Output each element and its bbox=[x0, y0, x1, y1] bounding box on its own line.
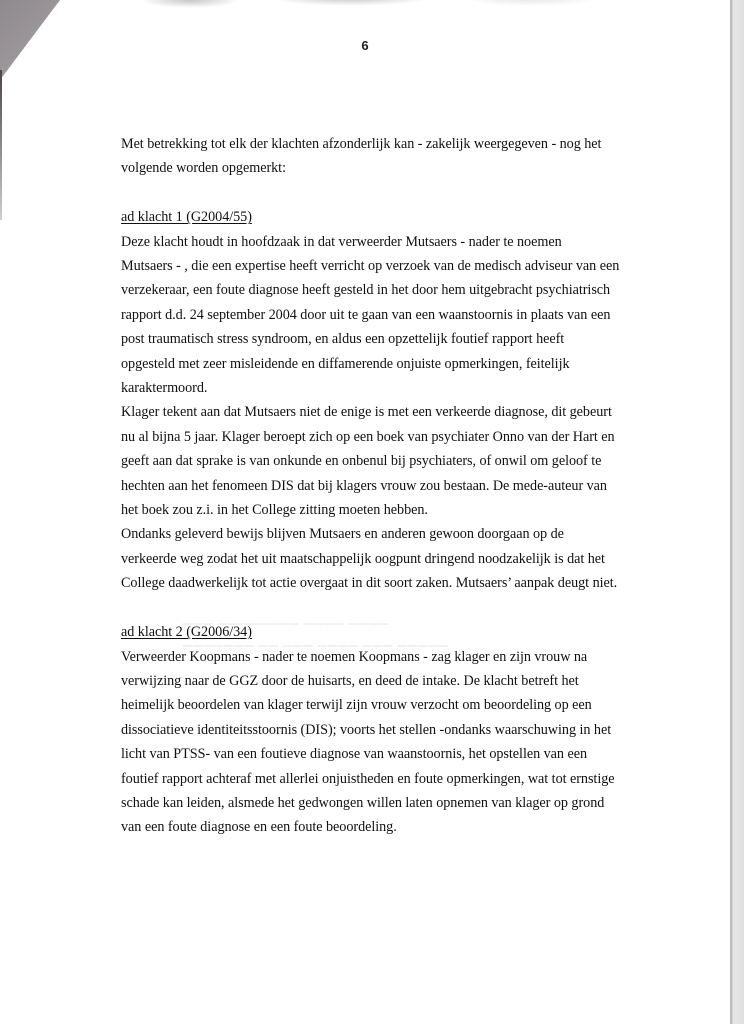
text-line: verwijzing naar de GGZ door de huisarts,… bbox=[121, 669, 661, 693]
text-line: verkeerde weg zodat het uit maatschappel… bbox=[121, 547, 661, 571]
text-line: het boek zou z.i. in het College zitting… bbox=[121, 498, 661, 522]
section-klacht-1: ad klacht 1 (G2004/55) Deze klacht houdt… bbox=[121, 205, 661, 596]
scan-smudge bbox=[460, 0, 600, 6]
text-line: Klager tekent aan dat Mutsaers niet de e… bbox=[121, 400, 661, 424]
text-line: nu al bijna 5 jaar. Klager beroept zich … bbox=[121, 425, 661, 449]
text-line: heimelijk beoordelen van klager terwijl … bbox=[121, 693, 661, 717]
paragraph: Verweerder Koopmans - nader te noemen Ko… bbox=[121, 645, 661, 840]
text-line: Mutsaers - , die een expertise heeft ver… bbox=[121, 254, 661, 278]
text-line: licht van PTSS- van een foutieve diagnos… bbox=[121, 742, 661, 766]
text-line: volgende worden opgemerkt: bbox=[121, 156, 661, 180]
text-line: College daadwerkelijk tot actie overgaat… bbox=[121, 571, 661, 595]
text-line: verzekeraar, een foute diagnose heeft ge… bbox=[121, 278, 661, 302]
text-line: dissociatieve identiteitsstoornis (DIS);… bbox=[121, 718, 661, 742]
text-line: van een foute diagnose en een foute beoo… bbox=[121, 815, 661, 839]
left-page-edge bbox=[0, 70, 2, 220]
section-klacht-2: ad klacht 2 (G2006/34) Verweerder Koopma… bbox=[121, 620, 661, 840]
text-line: opgesteld met zeer misleidende en diffam… bbox=[121, 352, 661, 376]
text-line: schade kan leiden, alsmede het gedwongen… bbox=[121, 791, 661, 815]
scan-smudge bbox=[140, 0, 240, 8]
intro-paragraph: Met betrekking tot elk der klachten afzo… bbox=[121, 132, 661, 181]
text-line: karaktermoord. bbox=[121, 376, 661, 400]
text-line: hechten aan het fenomeen DIS dat bij kla… bbox=[121, 474, 661, 498]
text-line: Verweerder Koopmans - nader te noemen Ko… bbox=[121, 645, 661, 669]
text-line: foutief rapport achteraf met allerlei on… bbox=[121, 767, 661, 791]
paragraph: Deze klacht houdt in hoofdzaak in dat ve… bbox=[121, 230, 661, 401]
text-line: geeft aan dat sprake is van onkunde en o… bbox=[121, 449, 661, 473]
section-heading: ad klacht 1 (G2004/55) bbox=[121, 205, 661, 229]
page-number: 6 bbox=[0, 38, 730, 53]
text-line: Ondanks geleverd bewijs blijven Mutsaers… bbox=[121, 522, 661, 546]
right-page-edge bbox=[730, 0, 744, 1024]
scanned-page: 6 ▁▁▁ ▁▁▁▁▁▁▁▁ ▁▁▁▁ ▁▁▁▁ ▁▁▁▁▁▁▁ ▁▁ ▁▁▁ … bbox=[0, 0, 744, 1024]
section-heading: ad klacht 2 (G2006/34) bbox=[121, 620, 661, 644]
paragraph: Klager tekent aan dat Mutsaers niet de e… bbox=[121, 400, 661, 522]
scan-smudge bbox=[270, 0, 430, 6]
text-line: Met betrekking tot elk der klachten afzo… bbox=[121, 132, 661, 156]
text-line: post traumatisch stress syndroom, en ald… bbox=[121, 327, 661, 351]
text-line: rapport d.d. 24 september 2004 door uit … bbox=[121, 303, 661, 327]
document-body: Met betrekking tot elk der klachten afzo… bbox=[121, 132, 661, 840]
text-line: Deze klacht houdt in hoofdzaak in dat ve… bbox=[121, 230, 661, 254]
paragraph: Ondanks geleverd bewijs blijven Mutsaers… bbox=[121, 522, 661, 595]
